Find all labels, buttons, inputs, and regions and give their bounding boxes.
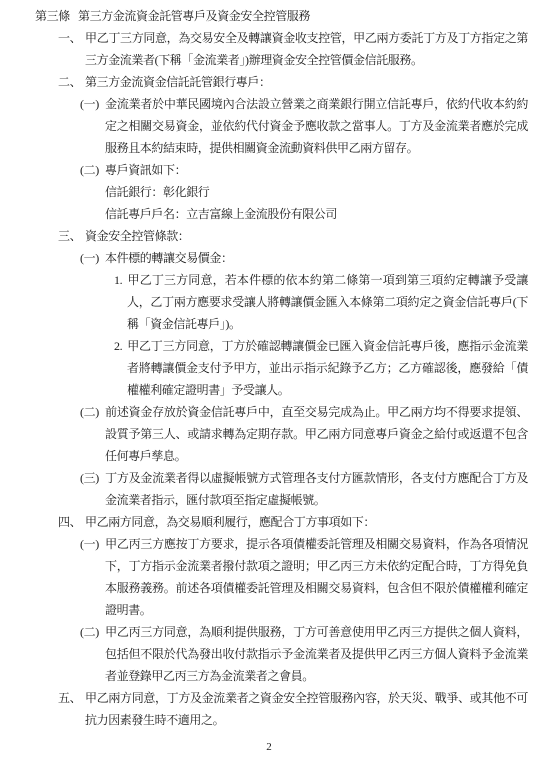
clause-marker: (三) [80,467,105,489]
clause-text: 甲乙兩方同意，丁方及金流業者之資金安全控管服務內容，於天災、戰爭、或其他不可抗力… [85,691,528,727]
clause-marker: 三、 [58,225,85,247]
clause-marker: 五、 [58,687,85,709]
clause-text: 甲乙丁三方同意，丁方於確認轉讓價金已匯入資金信託專戶後，應指示金流業者將轉讓價金… [127,339,528,397]
article-number: 第三條 [35,5,78,27]
clause-marker: 2. [114,335,127,357]
clause-paragraph: 信託銀行：彰化銀行 [35,181,528,203]
clause-paragraph: 一、甲乙丁三方同意，為交易安全及轉讓資金收支控管，甲乙兩方委託丁方及丁方指定之第… [35,27,528,71]
clause-marker: (二) [80,401,105,423]
clause-paragraph: 2.甲乙丁三方同意，丁方於確認轉讓價金已匯入資金信託專戶後，應指示金流業者將轉讓… [35,335,528,401]
clause-paragraph: 信託專戶戶名：立吉富線上金流股份有限公司 [35,203,528,225]
clause-text: 前述資金存放於資金信託專戶中，直至交易完成為止。甲乙兩方均不得要求提領、設質予第… [105,405,528,463]
clause-paragraph: (一)本件標的轉讓交易價金： [35,247,528,269]
clause-text: 甲乙丁三方同意，為交易安全及轉讓資金收支控管，甲乙兩方委託丁方及丁方指定之第三方… [85,31,528,67]
contract-page: 第三條第三方金流資金託管專戶及資金安全控管服務 一、甲乙丁三方同意，為交易安全及… [0,0,538,770]
clause-paragraph: (一)金流業者於中華民國境內合法設立營業之商業銀行開立信託專戶，依約代收本約約定… [35,93,528,159]
clause-text: 信託銀行：彰化銀行 [105,185,209,199]
clause-paragraph: 二、第三方金流資金信託託管銀行專戶： [35,71,528,93]
clause-text: 資金安全控管條款： [85,229,189,243]
clause-text: 甲乙丙三方同意，為順利提供服務，丁方可善意使用甲乙丙三方提供之個人資料，包括但不… [105,625,528,683]
article-heading: 第三條第三方金流資金託管專戶及資金安全控管服務 [35,5,528,27]
clause-paragraph: 四、甲乙兩方同意，為交易順利履行，應配合丁方事項如下： [35,511,528,533]
clause-text: 專戶資訊如下： [105,163,186,177]
clause-marker: 四、 [58,511,85,533]
clause-marker: (一) [80,93,105,115]
clause-marker: 二、 [58,71,85,93]
clause-paragraph: (二)專戶資訊如下： [35,159,528,181]
clause-text: 本件標的轉讓交易價金： [105,251,233,265]
clause-paragraph: 1.甲乙丁三方同意，若本件標的依本約第二條第一項到第三項約定轉讓予受讓人，乙丁兩… [35,269,528,335]
clause-text: 甲乙丙三方應按丁方要求，提示各項債權委託管理及相關交易資料，作為各項情況下，丁方… [105,537,528,617]
clause-text: 信託專戶戶名：立吉富線上金流股份有限公司 [105,207,337,221]
clause-list: 一、甲乙丁三方同意，為交易安全及轉讓資金收支控管，甲乙兩方委託丁方及丁方指定之第… [35,27,528,731]
article-title: 第三方金流資金託管專戶及資金安全控管服務 [78,9,310,23]
page-number: 2 [0,736,538,758]
clause-marker: (二) [80,159,105,181]
clause-marker: 一、 [58,27,85,49]
clause-paragraph: (二)甲乙丙三方同意，為順利提供服務，丁方可善意使用甲乙丙三方提供之個人資料，包… [35,621,528,687]
clause-marker: (一) [80,247,105,269]
clause-paragraph: (一)甲乙丙三方應按丁方要求，提示各項債權委託管理及相關交易資料，作為各項情況下… [35,533,528,621]
clause-text: 甲乙丁三方同意，若本件標的依本約第二條第一項到第三項約定轉讓予受讓人，乙丁兩方應… [127,273,528,331]
clause-text: 第三方金流資金信託託管銀行專戶： [85,75,271,89]
clause-marker: 1. [114,269,127,291]
clause-marker: (一) [80,533,105,555]
clause-paragraph: (二)前述資金存放於資金信託專戶中，直至交易完成為止。甲乙兩方均不得要求提領、設… [35,401,528,467]
clause-marker: (二) [80,621,105,643]
clause-paragraph: 三、資金安全控管條款： [35,225,528,247]
clause-paragraph: 五、甲乙兩方同意，丁方及金流業者之資金安全控管服務內容，於天災、戰爭、或其他不可… [35,687,528,731]
clause-text: 甲乙兩方同意，為交易順利履行，應配合丁方事項如下： [85,515,375,529]
clause-text: 丁方及金流業者得以虛擬帳號方式管理各支付方匯款情形，各支付方應配合丁方及金流業者… [105,471,528,507]
clause-paragraph: (三)丁方及金流業者得以虛擬帳號方式管理各支付方匯款情形，各支付方應配合丁方及金… [35,467,528,511]
clause-text: 金流業者於中華民國境內合法設立營業之商業銀行開立信託專戶，依約代收本約約定之相關… [105,97,528,155]
